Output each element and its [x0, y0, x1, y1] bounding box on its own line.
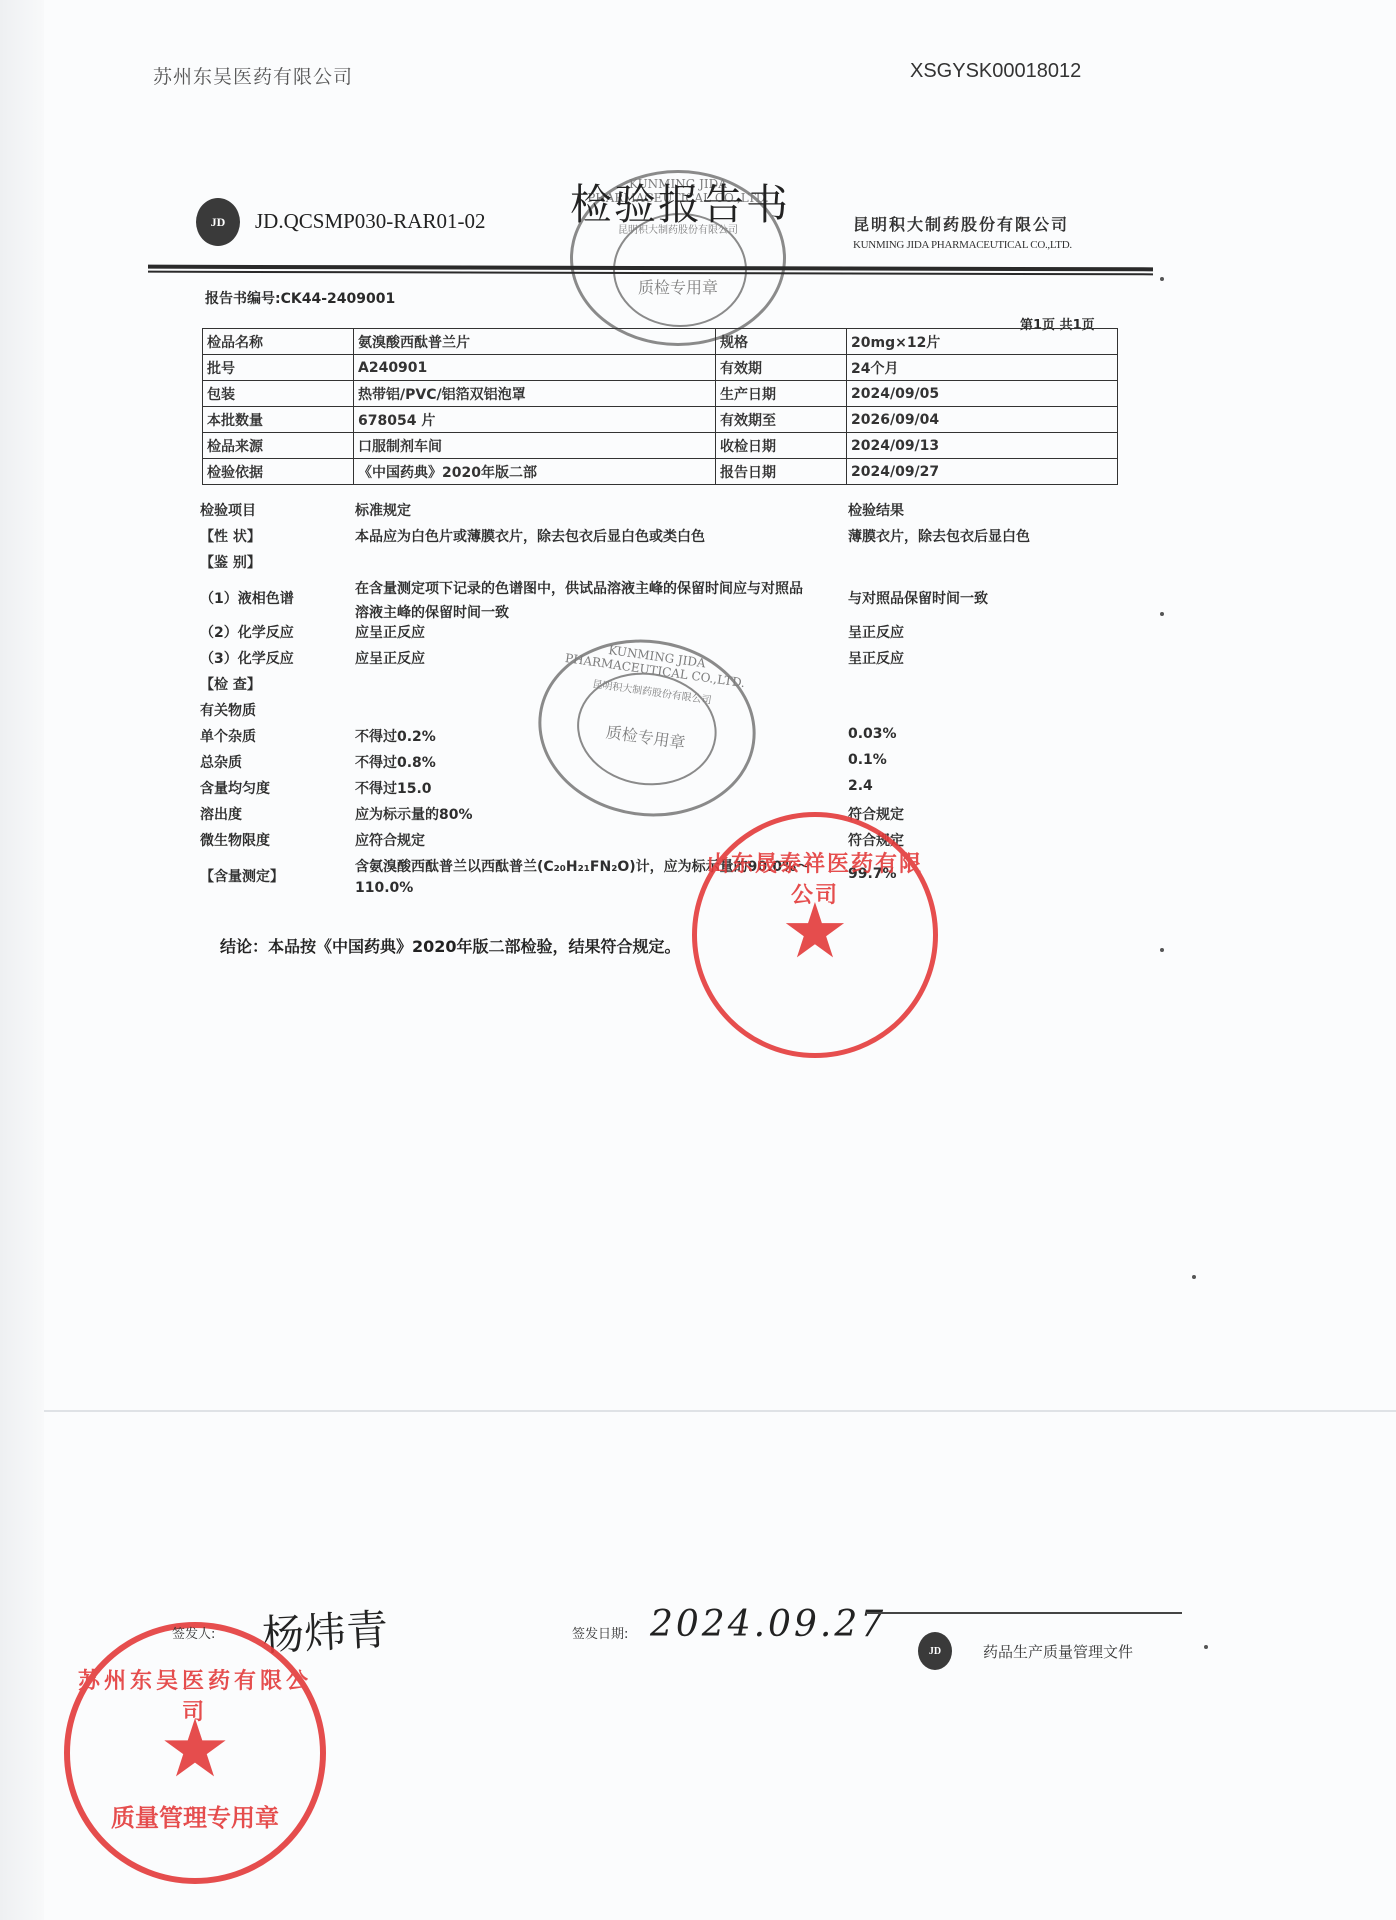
table-row: 包装热带铝/PVC/铝箔双铝泡罩生产日期2024/09/05: [203, 381, 1118, 407]
field-label: 收检日期: [716, 433, 847, 459]
test-item-result: 0.1%: [848, 752, 887, 768]
field-value: 氨溴酸西酞普兰片: [354, 329, 716, 355]
test-item-standard: 不得过0.8%: [355, 752, 436, 772]
field-value: 24个月: [847, 355, 1118, 381]
field-label: 报告日期: [716, 459, 847, 485]
issue-date-label: 签发日期:: [572, 1623, 628, 1642]
table-row: 本批数量678054 片有效期至2026/09/04: [203, 407, 1118, 433]
signer-label: 签发人:: [172, 1623, 215, 1642]
test-item-name: 【含量测定】: [200, 866, 284, 886]
field-value: A240901: [354, 355, 716, 381]
red-stamp-bottom: 苏州东吴医药有限公司 ★ 质量管理专用章: [64, 1622, 326, 1884]
test-item-row: （1）液相色谱在含量测定项下记录的色谱图中，供试品溶液主峰的保留时间应与对照品溶…: [200, 574, 1100, 618]
recipient-company: 苏州东吴医药有限公司: [153, 62, 353, 89]
scan-speck: [1160, 612, 1164, 616]
field-label: 有效期至: [716, 407, 847, 433]
test-item-name: 【性 状】: [200, 526, 261, 546]
red-stamp-middle: 山东晟泰祥医药有限公司 ★: [692, 812, 938, 1058]
test-item-standard: 应符合规定: [355, 830, 425, 850]
field-label: 包装: [203, 381, 354, 407]
scan-speck: [1160, 948, 1164, 952]
field-label: 规格: [716, 329, 847, 355]
star-icon: ★: [781, 886, 849, 975]
product-info-table: 检品名称氨溴酸西酞普兰片规格20mg×12片批号A240901有效期24个月包装…: [202, 328, 1118, 485]
test-item-standard: 本品应为白色片或薄膜衣片，除去包衣后显白色或类白色: [355, 526, 705, 546]
test-item-name: 【检 查】: [200, 674, 261, 694]
table-row: 检品名称氨溴酸西酞普兰片规格20mg×12片: [203, 329, 1118, 355]
manufacturer-name-en: KUNMING JIDA PHARMACEUTICAL CO.,LTD.: [853, 239, 1072, 251]
scan-speck: [1192, 1275, 1196, 1279]
standard-text: 应为标示量的80%: [355, 807, 473, 823]
field-label: 生产日期: [716, 381, 847, 407]
table-row: 检品来源口服制剂车间收检日期2024/09/13: [203, 433, 1118, 459]
test-item-name: （2）化学反应: [200, 622, 294, 642]
scan-edge: [0, 0, 44, 1920]
scan-speck: [1204, 1645, 1208, 1649]
test-item-name: 有关物质: [200, 700, 256, 720]
field-value: 2024/09/05: [847, 381, 1118, 407]
test-item-standard: 应呈正反应: [355, 648, 425, 668]
scan-speck: [1160, 277, 1164, 281]
standard-text: 应呈正反应: [355, 625, 425, 641]
test-item-standard: 不得过0.2%: [355, 726, 436, 746]
test-item-standard: 在含量测定项下记录的色谱图中，供试品溶液主峰的保留时间应与对照品溶液主峰的保留时…: [355, 578, 803, 622]
standard-text: 不得过0.2%: [355, 729, 436, 745]
jida-logo-icon: JD: [196, 198, 240, 246]
page-title: 检验报告书: [570, 172, 790, 232]
standard-text: 应符合规定: [355, 833, 425, 849]
column-header-item: 检验项目: [200, 500, 256, 520]
field-value: 2024/09/13: [847, 433, 1118, 459]
test-item-name: 单个杂质: [200, 726, 256, 746]
test-item-row: 【性 状】本品应为白色片或薄膜衣片，除去包衣后显白色或类白色薄膜衣片，除去包衣后…: [200, 522, 1100, 548]
test-item-name: 微生物限度: [200, 830, 270, 850]
column-header-standard: 标准规定: [355, 500, 411, 520]
field-label: 检品名称: [203, 329, 354, 355]
test-item-name: （3）化学反应: [200, 648, 294, 668]
footer-text: 药品生产质量管理文件: [983, 1641, 1133, 1662]
field-label: 批号: [203, 355, 354, 381]
items-header-row: 检验项目 标准规定 检验结果: [200, 496, 1100, 522]
test-item-result: 0.03%: [848, 726, 897, 742]
test-item-name: （1）液相色谱: [200, 588, 294, 608]
test-item-result: 薄膜衣片，除去包衣后显白色: [848, 526, 1030, 546]
issue-date: 2024.09.27: [650, 1604, 886, 1645]
test-item-result: 与对照品保留时间一致: [848, 588, 988, 608]
test-item-result: 2.4: [848, 778, 873, 794]
conclusion: 结论：本品按《中国药典》2020年版二部检验，结果符合规定。: [220, 934, 681, 957]
test-item-name: 【鉴 别】: [200, 552, 261, 572]
standard-text: 不得过15.0: [355, 781, 432, 797]
field-value: 2024/09/27: [847, 459, 1118, 485]
field-label: 检验依据: [203, 459, 354, 485]
header-divider: [148, 265, 1153, 276]
standard-text: 应呈正反应: [355, 651, 425, 667]
test-item-result: 呈正反应: [848, 648, 904, 668]
field-value: 2026/09/04: [847, 407, 1118, 433]
footer-divider: [866, 1612, 1182, 1614]
standard-text: 本品应为白色片或薄膜衣片，除去包衣后显白色或类白色: [355, 529, 705, 545]
test-item-row: 微生物限度应符合规定符合规定: [200, 826, 1100, 852]
table-row: 检验依据《中国药典》2020年版二部报告日期2024/09/27: [203, 459, 1118, 485]
test-item-name: 含量均匀度: [200, 778, 270, 798]
scan-fold-line: [44, 1410, 1396, 1412]
jida-logo-icon: JD: [918, 1632, 952, 1670]
field-value: 《中国药典》2020年版二部: [354, 459, 716, 485]
field-value: 678054 片: [354, 407, 716, 433]
star-icon: ★: [159, 1702, 231, 1795]
table-row: 批号A240901有效期24个月: [203, 355, 1118, 381]
document-code: XSGYSK00018012: [910, 60, 1081, 83]
test-item-row: 【鉴 别】: [200, 548, 1100, 574]
field-label: 检品来源: [203, 433, 354, 459]
test-item-standard: 不得过15.0: [355, 778, 432, 798]
standard-text: 不得过0.8%: [355, 755, 436, 771]
form-code: JD.QCSMP030-RAR01-02: [255, 209, 485, 234]
standard-text: 在含量测定项下记录的色谱图中，供试品溶液主峰的保留时间应与对照品: [355, 581, 803, 597]
report-number: 报告书编号:CK44-2409001: [205, 288, 395, 308]
manufacturer-name-cn: 昆明积大制药股份有限公司: [853, 212, 1069, 235]
field-label: 本批数量: [203, 407, 354, 433]
column-header-result: 检验结果: [848, 500, 904, 520]
test-item-result: 呈正反应: [848, 622, 904, 642]
field-label: 有效期: [716, 355, 847, 381]
field-value: 20mg×12片: [847, 329, 1118, 355]
test-item-standard: 应呈正反应: [355, 622, 425, 642]
test-item-name: 溶出度: [200, 804, 242, 824]
field-value: 口服制剂车间: [354, 433, 716, 459]
test-item-standard: 应为标示量的80%: [355, 804, 473, 824]
test-item-row: 【含量测定】含氨溴酸西酞普兰以西酞普兰(C₂₀H₂₁FN₂O)计，应为标示量的9…: [200, 852, 1100, 896]
test-item-name: 总杂质: [200, 752, 242, 772]
field-value: 热带铝/PVC/铝箔双铝泡罩: [354, 381, 716, 407]
